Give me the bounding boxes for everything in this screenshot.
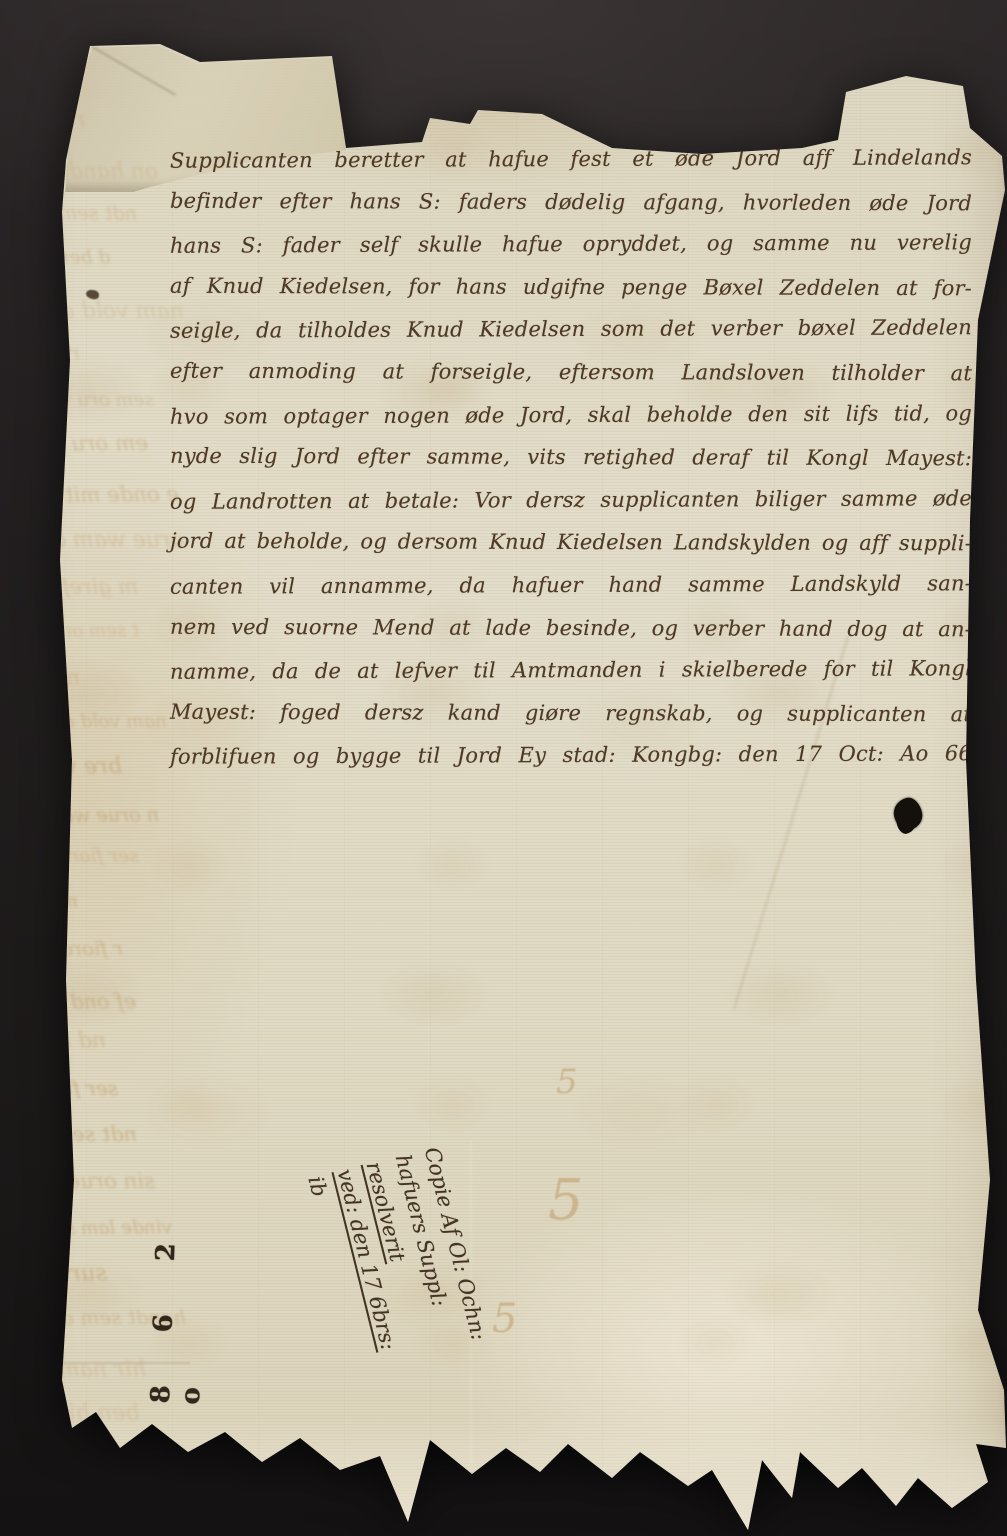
bleedthrough-flourish: 5 — [548, 1168, 584, 1233]
manuscript-line: hvo som optager nogen øde Jord, skal beh… — [170, 392, 972, 438]
bleedthrough-row: e onde mit bre von handt sem oru vinde l… — [0, 482, 179, 514]
bleedthrough-row: hir nam vold act som giref ond lant mede… — [0, 1356, 146, 1387]
bleedthrough-row: nam vold act som giref ond lant mede sin… — [0, 665, 80, 701]
manuscript-line: forblifuen og bygge til Jord Ey stad: Ko… — [170, 733, 972, 779]
bleedthrough-row: n orue wam del fon her stund mir aln bor… — [0, 803, 159, 833]
manuscript-line: efter anmoding at forseigle, eftersom La… — [170, 350, 972, 395]
manuscript-line: nem ved suorne Mend at lade besinde, og … — [170, 605, 972, 650]
bleedthrough-row: ben hir nam vold act som giref ond lant … — [0, 1394, 140, 1425]
bleedthrough-row: mit bre von handt sem oru vinde lam ser … — [0, 884, 78, 912]
archival-number: 8 6 2 o — [146, 1167, 214, 1405]
bleedthrough-row: r ame onde mit bre von handt sem oru vin… — [0, 341, 80, 374]
bleedthrough-row: sin orue wam del fon her stund mir aln b… — [0, 1167, 155, 1194]
bleedthrough-row: on handt sem oru vinde lam ser fiord ben… — [0, 156, 158, 184]
bleedthrough-row: ser fiord ben hir nam vold act som giref… — [0, 1074, 118, 1099]
manuscript-line: seigle, da tilholdes Knud Kiedelsen som … — [170, 307, 972, 353]
manuscript-line: og Landrotten at betale: Vor dersz suppl… — [170, 477, 972, 523]
bleedthrough-row: r fiord ben hir nam vold act som giref o… — [0, 937, 123, 965]
manuscript-line: Mayest: foged dersz kand giøre regnskab,… — [170, 690, 972, 735]
manuscript-wrapper: rue wam del fon her stund mir aln bord w… — [0, 0, 1007, 1536]
bleedthrough-row: orue wam del fon her stund mir aln bord … — [0, 523, 184, 553]
bleedthrough-row: d ben hir nam vold act som giref ond lan… — [0, 247, 110, 270]
manuscript-line: jord at beholde, og dersom Knud Kiedelse… — [170, 520, 972, 565]
manuscript-line: af Knud Kiedelsen, for hans udgifne peng… — [170, 265, 972, 310]
bleedthrough-row: sur ame onde mit bre von handt sem oru v… — [0, 1260, 107, 1297]
bleedthrough-row: ser fiord ben hir nam vold act som giref… — [0, 844, 139, 866]
ink-speck — [85, 289, 99, 300]
bleedthrough-row: m giref ond lant mede sin orue wam del f… — [0, 574, 138, 601]
document-title: Resolutio — [407, 66, 629, 114]
bleedthrough-flourish: 5 — [492, 1296, 517, 1342]
bleedthrough-row: sem oru vinde lam ser fiord ben hir nam … — [0, 387, 154, 411]
bleedthrough-row: ndt sem oru vinde lam ser fiord ben hir … — [0, 1122, 137, 1146]
bleedthrough-row: bre von handt sem oru vinde lam ser fior… — [0, 753, 122, 791]
ink-blot — [891, 795, 925, 832]
manuscript-line: nyde slig Jord efter samme, vits retighe… — [170, 435, 972, 480]
manuscript-line: befinder efter hans S: faders dødelig af… — [170, 179, 972, 224]
manuscript-line: namme, da de at lefver til Amtmanden i s… — [170, 647, 972, 693]
bleedthrough-row: t sem oru vinde lam ser fiord ben hir na… — [0, 620, 139, 647]
bleedthrough-row: em oru vinde lam ser fiord ben hir nam v… — [0, 431, 148, 462]
document-body: Supplicanten beretter at hafue fest et ø… — [170, 138, 972, 777]
bleedthrough-row: nd lant mede sin orue wam del fon her st… — [0, 1028, 106, 1063]
bleedthrough-flourish: 5 — [556, 1062, 578, 1102]
bleedthrough-row: nam vold act som giref ond lant mede sin… — [0, 711, 167, 733]
bleedthrough-row: vinde lam ser fiord ben hir nam vold act… — [0, 1217, 172, 1246]
photo-backdrop: rue wam del fon her stund mir aln bord w… — [0, 0, 1007, 1536]
bleedthrough-row: ndt sem oru vinde lam ser fiord ben hir … — [0, 194, 137, 225]
manuscript-line: Supplicanten beretter at hafue fest et ø… — [170, 136, 972, 182]
corner-crease — [92, 46, 176, 96]
manuscript-line: hans S: fader self skulle hafue opryddet… — [170, 221, 972, 267]
manuscript-line: canten vil annamme, da hafuer hand samme… — [170, 562, 972, 608]
copy-annotation: Copie Af Ol: Ochn:hafuers Suppl:resolver… — [300, 1144, 518, 1471]
bleedthrough-row: rue wam del fon her stund mir aln bord w… — [0, 101, 85, 131]
bleedthrough-row: ef ond lant mede sin orue wam del fon he… — [0, 989, 136, 1019]
manuscript-page: rue wam del fon her stund mir aln bord w… — [0, 0, 1007, 1536]
